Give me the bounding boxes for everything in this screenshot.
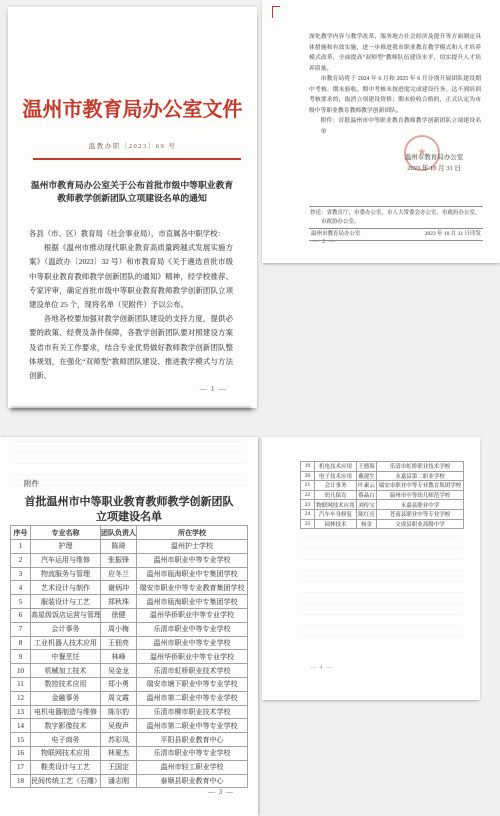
table-cell: 数控技术应用 (31, 677, 101, 691)
table-cell: 永嘉县职业中学 (377, 500, 464, 510)
table-row: 3物流服务与管理应冬兰温州市瓯海职业中专集团学校 (11, 567, 248, 581)
table-cell: 物流服务与管理 (31, 567, 101, 581)
table-cell: 温州市瓯海职业中专集团学校 (137, 595, 248, 609)
table-cell: 15 (11, 733, 31, 747)
table-row: 23物联网技术应用刘传宝永嘉县职业中学 (301, 500, 464, 510)
attachment-label: 附件 (24, 478, 39, 489)
table-cell: 谢炳冲 (101, 581, 137, 595)
table-row: 5服装设计与工艺郑秋珠温州市瓯海职业中专集团学校 (11, 595, 248, 609)
table-cell: 温州市瓯海职业中专集团学校 (137, 567, 248, 581)
table-cell: 14 (11, 719, 31, 733)
team-list-table: 序号 专业名称 团队负责人 所在学校 1护理陈琦温州护士学校2汽车运用与维修张振… (10, 525, 248, 788)
table-cell: 民间传统工艺（石雕） (31, 774, 101, 788)
table-cell: 徐健 (101, 608, 137, 622)
table-cell: 林峰 (101, 650, 137, 664)
body-paragraph-4: 市教育局将于 2024 年 6 月和 2025 年 6 月分别开展团队建设期中考… (309, 74, 481, 116)
table-cell: 王德海 (357, 462, 377, 472)
table-cell: 22 (301, 490, 315, 500)
table-cell: 陈琦 (101, 540, 137, 554)
table-row: 16物联网技术应用林夏杰乐清市职业中等专业学校 (11, 746, 248, 760)
table-cell: 温州护士学校 (137, 540, 248, 554)
table-cell: 温州市职业中等专业学校 (137, 553, 248, 567)
table-cell: 高星级饭店运营与管理 (31, 608, 101, 622)
table-cell: 周文霞 (101, 691, 137, 705)
table-row: 17鞋类设计与工艺王国定温州市轻工职业学校 (11, 760, 248, 774)
table-cell: 泰顺县职业教育中心 (137, 774, 248, 788)
notice-title: 温州市教育局办公室关于公布首批市级中等职业教育 教师教学创新团队立项建设名单的通… (24, 179, 240, 205)
table-cell: 汽车运用与维修 (31, 553, 101, 567)
page-number-4: — 4 — (310, 665, 333, 671)
table-row: 14数字影像技术吴俊声温州市第二职业中等专业学校 (11, 719, 248, 733)
attachment-note: 附件：首批温州市中等职业教育教师教学创新团队立项建设名单 (309, 116, 481, 137)
table-row: 12金融事务周文霞温州市第二职业中等专业学校 (11, 691, 248, 705)
table-row: 22幼儿保育蔡晶白温州市中等幼儿师范学校 (301, 490, 464, 500)
page2-body: 深化教学内容与教学改革、服务地方社会经济及提升等方面制定具体措施和有效实施，进一… (309, 32, 481, 137)
table-cell: 金融事务 (31, 691, 101, 705)
table-cell: 4 (11, 581, 31, 595)
page-number-3: — 3 — (208, 788, 234, 796)
table-cell: 杨金 (357, 519, 377, 529)
table-cell: 瑞安市职业中等专业教育集团学校 (137, 581, 248, 595)
table-cell: 20 (301, 471, 315, 481)
table-cell: 会计事务 (31, 622, 101, 636)
table-row: 24汽车车身修复陈红亮苍南县职业中等专业学校 (301, 509, 464, 519)
attachment-title: 首批温州市中等职业教育教师教学创新团队 立项建设名单 (0, 495, 258, 524)
table-row: 25园林技术杨金文成县职业高级中学 (301, 519, 464, 529)
body-paragraph-1: 根据《温州市推动现代职业教育高质量跨越式发展实施方案》（温政办〔2023〕32 … (29, 241, 233, 312)
page-1-scan: 温州市教育局办公室文件 温教办职〔2023〕69 号 温州市教育局办公室关于公布… (8, 6, 257, 408)
table-cell: 17 (11, 760, 31, 774)
table-header-row: 序号 专业名称 团队负责人 所在学校 (11, 526, 248, 540)
table-cell: 12 (11, 691, 31, 705)
issuing-office: 温州市教育局办公室 (394, 152, 474, 163)
letterhead-title: 温州市教育局办公室文件 (8, 93, 257, 122)
table-cell: 平阳县职业教育中心 (137, 733, 248, 747)
table-cell: 3 (11, 567, 31, 581)
table-cell: 护理 (31, 540, 101, 554)
table-row: 19机电技术应用王德海乐清市虹桥职业技术学校 (301, 462, 464, 472)
page-number-2: — 2 — (312, 238, 337, 245)
table-cell: 郑秋珠 (101, 595, 137, 609)
table-cell: 电子技术应用 (315, 471, 357, 481)
notice-title-line2: 教师教学创新团队立项建设名单的通知 (24, 192, 240, 205)
header-leader: 团队负责人 (101, 526, 137, 540)
table-cell: 乐清市职业中等专业学校 (137, 746, 248, 760)
table-cell: 文成县职业高级中学 (377, 519, 464, 529)
table-cell: 乐清市职业中等专业学校 (137, 622, 248, 636)
table-cell: 陈尔豹 (101, 705, 137, 719)
table-cell: 机电技术应用 (315, 462, 357, 472)
table-cell: 陈红亮 (357, 509, 377, 519)
page-3-scan: 附件 首批温州市中等职业教育教师教学创新团队 立项建设名单 序号 专业名称 团队… (0, 437, 258, 816)
table-cell: 苏彩凤 (101, 733, 137, 747)
table-cell: 7 (11, 622, 31, 636)
table-cell: 张振锋 (101, 553, 137, 567)
notice-title-line1: 温州市教育局办公室关于公布首批市级中等职业教育 (24, 179, 240, 192)
table-cell: 蔡晶白 (357, 490, 377, 500)
table-cell: 物联网技术应用 (315, 500, 357, 510)
red-corner-mark (272, 6, 280, 18)
issue-date: 2023 年 10 月 31 日 (394, 163, 474, 174)
print-date: 2023 年 10 月 31 日印发 (425, 229, 481, 240)
table-cell: 23 (301, 500, 315, 510)
table-cell: 6 (11, 608, 31, 622)
table-cell: 数字影像技术 (31, 719, 101, 733)
header-major: 专业名称 (31, 526, 101, 540)
table-row: 1护理陈琦温州护士学校 (11, 540, 248, 554)
table-cell: 会计事务 (315, 481, 357, 491)
scanned-document-viewer: 温州市教育局办公室文件 温教办职〔2023〕69 号 温州市教育局办公室关于公布… (0, 0, 500, 816)
table-row: 8工业机器人技术应用王佃亮温州市职业中等专业学校 (11, 636, 248, 650)
table-cell: 艺术设计与制作 (31, 581, 101, 595)
table-cell: 戴建生 (357, 471, 377, 481)
header-index: 序号 (11, 526, 31, 540)
table-cell: 王佃亮 (101, 636, 137, 650)
table-cell: 1 (11, 540, 31, 554)
table-cell: 林夏杰 (101, 746, 137, 760)
table-cell: 吴金龙 (101, 664, 137, 678)
table-cell: 永嘉县第二职业学校 (377, 471, 464, 481)
body-paragraph-3: 深化教学内容与教学改革、服务地方社会经济及提升等方面制定具体措施和有效实施，进一… (309, 32, 481, 74)
table-cell: 温州市职业中等专业学校 (137, 636, 248, 650)
table-cell: 2 (11, 553, 31, 567)
table-cell: 温州市第二职业中等专业学校 (137, 691, 248, 705)
signature-block: 温州市教育局办公室 2023 年 10 月 31 日 (394, 152, 474, 174)
table-cell: 21 (301, 481, 315, 491)
table-cell: 幼儿保育 (315, 490, 357, 500)
table-cell: 18 (11, 774, 31, 788)
table-cell: 叶素云 (357, 481, 377, 491)
header-school: 所在学校 (137, 526, 248, 540)
cc-line-1: 抄送：省教育厅，市委办公室，市人大常委会办公室，市政府办公室， (310, 209, 482, 218)
table-cell: 19 (301, 462, 315, 472)
table-cell: 机械加工技术 (31, 664, 101, 678)
cc-box: 抄送：省教育厅，市委办公室，市人大常委会办公室，市政府办公室， 市政协办公室。 … (309, 206, 483, 241)
table-cell: 25 (301, 519, 315, 529)
table-row: 15电子商务苏彩凤平阳县职业教育中心 (11, 733, 248, 747)
table-row: 6高星级饭店运营与管理徐健温州华侨职业中等专业学校 (11, 608, 248, 622)
table-cell: 温州市中等幼儿师范学校 (377, 490, 464, 500)
red-divider-line (33, 158, 241, 160)
page-4-scan: 19机电技术应用王德海乐清市虹桥职业技术学校20电子技术应用戴建生永嘉县第二职业… (262, 437, 480, 700)
table-row: 20电子技术应用戴建生永嘉县第二职业学校 (301, 471, 464, 481)
table-cell: 鞋类设计与工艺 (31, 760, 101, 774)
page-2-scan: 深化教学内容与教学改革、服务地方社会经济及提升等方面制定具体措施和有效实施，进一… (262, 0, 500, 263)
table-cell: 苍南县职业中等专业学校 (377, 509, 464, 519)
table-cell: 园林技术 (315, 519, 357, 529)
table-cell: 10 (11, 664, 31, 678)
table-cell: 物联网技术应用 (31, 746, 101, 760)
table-cell: 温州华侨职业中等专业学校 (137, 608, 248, 622)
table-cell: 潘志刚 (101, 774, 137, 788)
table-cell: 温州市轻工职业学校 (137, 760, 248, 774)
table-cell: 乐清市柳市职业技术学校 (137, 705, 248, 719)
table-cell: 5 (11, 595, 31, 609)
table-cell: 周小梅 (101, 622, 137, 636)
table-cell: 9 (11, 650, 31, 664)
table-cell: 王国定 (101, 760, 137, 774)
table-row: 2汽车运用与维修张振锋温州市职业中等专业学校 (11, 553, 248, 567)
table-row: 9中餐烹饪林峰温州华侨职业中等专业学校 (11, 650, 248, 664)
table-cell: 工业机器人技术应用 (31, 636, 101, 650)
table-cell: 瑞安市塘下职业中等专业学校 (137, 677, 248, 691)
table-cell: 服装设计与工艺 (31, 595, 101, 609)
table-row: 18民间传统工艺（石雕）潘志刚泰顺县职业教育中心 (11, 774, 248, 788)
table-row: 21会计事务叶素云瑞安市职业中等专业教育集团学校 (301, 481, 464, 491)
table-cell: 温州华侨职业中等专业学校 (137, 650, 248, 664)
table-cell: 瑞安市职业中等专业教育集团学校 (377, 481, 464, 491)
table-cell: 乐清市虹桥职业技术学校 (137, 664, 248, 678)
attachment-title-line1: 首批温州市中等职业教育教师教学创新团队 (0, 495, 258, 510)
document-number: 温教办职〔2023〕69 号 (8, 141, 257, 150)
table-row: 7会计事务周小梅乐清市职业中等专业学校 (11, 622, 248, 636)
page-number-1: — 1 — (200, 384, 228, 393)
table-row: 13电机电器制造与维修陈尔豹乐清市柳市职业技术学校 (11, 705, 248, 719)
attachment-title-line2: 立项建设名单 (0, 510, 258, 525)
table-cell: 中餐烹饪 (31, 650, 101, 664)
table-cell: 吴俊声 (101, 719, 137, 733)
bleedthrough-ghost (12, 441, 246, 489)
salutation: 各县（市、区）教育局（社会事业局），市直属各中职学校： (29, 227, 233, 241)
table-cell: 13 (11, 705, 31, 719)
table-cell: 刘传宝 (357, 500, 377, 510)
team-list-table-continued: 19机电技术应用王德海乐清市虹桥职业技术学校20电子技术应用戴建生永嘉县第二职业… (300, 461, 464, 529)
table-cell: 乐清市虹桥职业技术学校 (377, 462, 464, 472)
table-cell: 郑小勇 (101, 677, 137, 691)
table-cell: 24 (301, 509, 315, 519)
table-cell: 11 (11, 677, 31, 691)
notice-body: 各县（市、区）教育局（社会事业局），市直属各中职学校： 根据《温州市推动现代职业… (29, 227, 233, 383)
cc-lines: 抄送：省教育厅，市委办公室，市人大常委会办公室，市政府办公室， 市政协办公室。 (309, 207, 483, 229)
bleedthrough-ghost (300, 537, 463, 642)
table-cell: 电机电器制造与维修 (31, 705, 101, 719)
table-cell: 汽车车身修复 (315, 509, 357, 519)
table-cell: 16 (11, 746, 31, 760)
table-cell: 应冬兰 (101, 567, 137, 581)
table-cell: 电子商务 (31, 733, 101, 747)
cc-line-2: 市政协办公室。 (310, 218, 482, 227)
table-row: 11数控技术应用郑小勇瑞安市塘下职业中等专业学校 (11, 677, 248, 691)
table-cell: 8 (11, 636, 31, 650)
body-paragraph-2: 各地各校要加强对教学创新团队建设的支持力度，提供必要的政策、经费及条件保障，各教… (29, 312, 233, 383)
table-row: 4艺术设计与制作谢炳冲瑞安市职业中等专业教育集团学校 (11, 581, 248, 595)
table-row: 10机械加工技术吴金龙乐清市虹桥职业技术学校 (11, 664, 248, 678)
table-cell: 温州市第二职业中等专业学校 (137, 719, 248, 733)
